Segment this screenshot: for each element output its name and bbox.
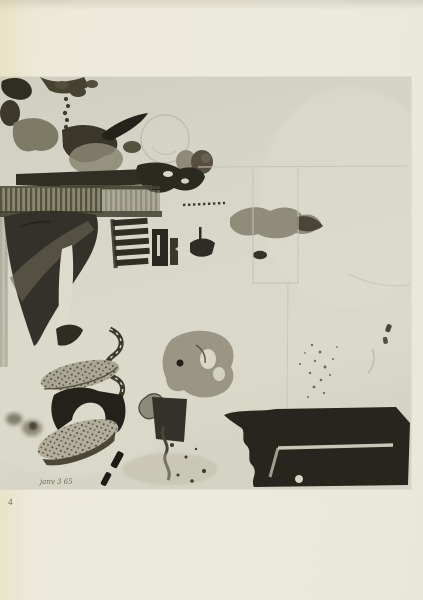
fringe-band bbox=[0, 186, 162, 217]
painting-reproduction: janv 3 65 bbox=[0, 77, 411, 489]
dark-pebble bbox=[253, 251, 267, 259]
artist-signature: janv 3 65 bbox=[38, 478, 73, 486]
page-number: 4 bbox=[8, 497, 13, 507]
dark-slab bbox=[152, 397, 187, 442]
smudge-core bbox=[29, 422, 37, 430]
gray-cloud-botanical bbox=[163, 331, 234, 398]
white-dot bbox=[295, 475, 303, 483]
black-dot bbox=[177, 360, 184, 367]
painting-plate: janv 3 65 bbox=[0, 77, 411, 489]
olive-wash bbox=[122, 453, 218, 485]
book-page: janv 3 65 4 bbox=[0, 0, 423, 600]
